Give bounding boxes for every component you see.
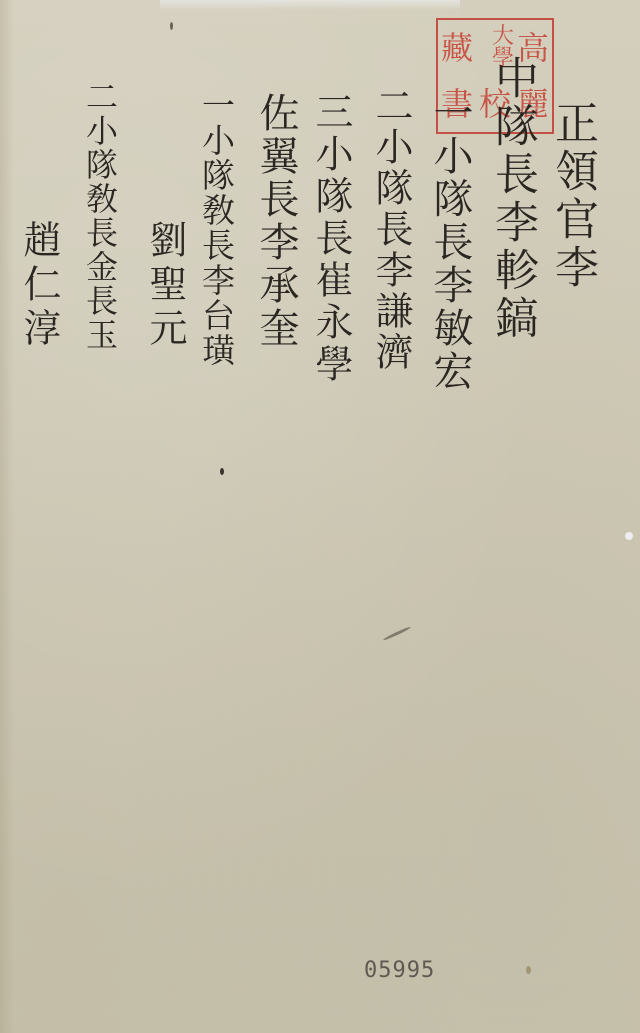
text-column-4: 二小隊長李謙濟: [372, 86, 410, 373]
paper-speck: [220, 468, 224, 475]
text-column-5: 三小隊長崔永學: [312, 92, 350, 386]
text-column-8: 劉聖元: [146, 220, 184, 352]
page-top-edge: [160, 0, 460, 10]
page-edge-shadow: [0, 0, 14, 1033]
catalog-number-stamp: 05995: [364, 958, 435, 983]
text-column-3: 一小隊長李敏宏: [430, 92, 470, 393]
text-column-9: 二小隊敎長金長玉: [84, 80, 116, 352]
text-column-10: 趙仁淳: [20, 220, 58, 352]
text-column-6: 佐翼長李承奎: [256, 92, 296, 350]
paper-speck: [625, 532, 633, 540]
text-column-1: 正領官李: [550, 100, 594, 292]
seal-char: 藏: [438, 20, 476, 76]
text-column-7: 一小隊敎長李台璜: [200, 88, 233, 368]
paper-speck: [526, 966, 531, 974]
paper-speck: [170, 22, 173, 30]
text-column-2: 中隊長李軫鎬: [490, 55, 534, 343]
